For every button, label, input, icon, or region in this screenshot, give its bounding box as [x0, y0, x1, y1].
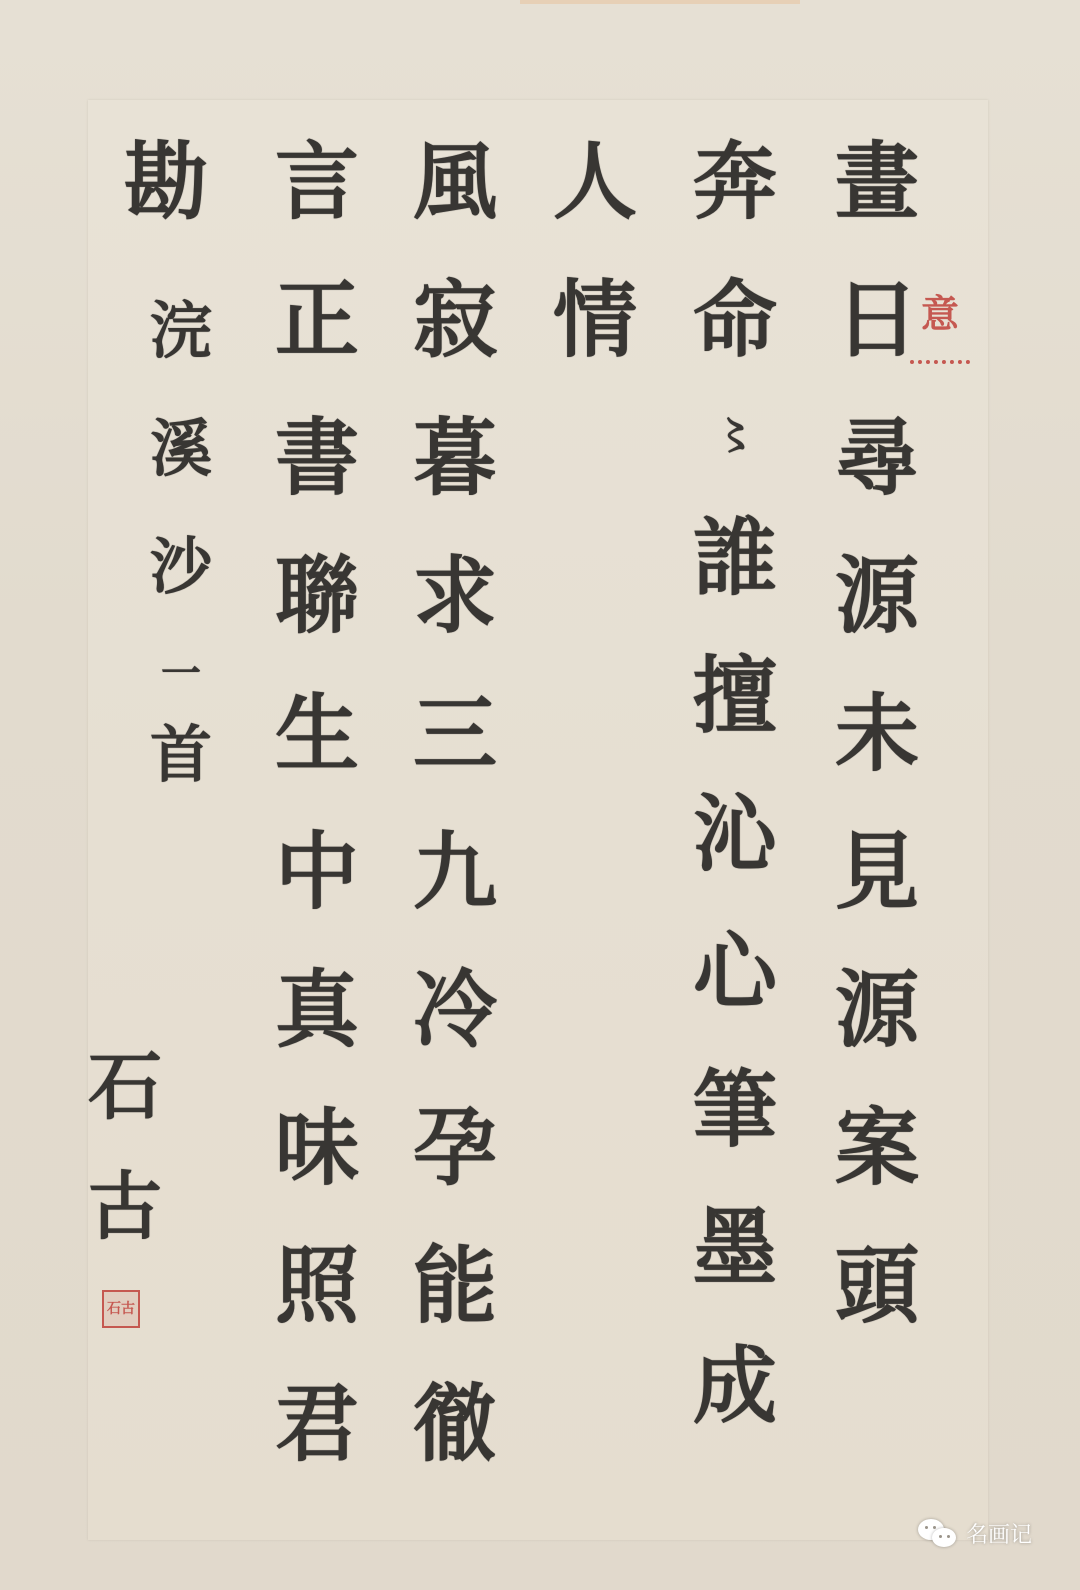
character: 君: [275, 1382, 359, 1520]
calligraphy-column-5: 言 正 書 聯 生 中 真 味 照 君: [275, 140, 359, 1520]
character: 九: [413, 830, 497, 968]
character: 畫: [835, 140, 919, 278]
character: 見: [835, 830, 919, 968]
character: 尋: [835, 416, 919, 554]
character: 誰: [693, 516, 777, 654]
calligraphy-column-4: 風 寂 暮 求 三 九 冷 孕 能 徹: [413, 140, 497, 1520]
character: 擅: [693, 654, 777, 792]
title-character: 首: [150, 724, 212, 842]
character: 能: [413, 1244, 497, 1382]
calligraphy-column-1: 畫 日 尋 源 未 見 源 案 頭: [835, 140, 919, 1382]
wechat-icon: [918, 1519, 958, 1549]
seal-glyph: 古: [121, 1301, 135, 1317]
watermark-text: 名画记: [966, 1518, 1032, 1549]
character: 風: [413, 140, 497, 278]
character: 奔: [693, 140, 777, 278]
repeat-mark: 〻: [715, 416, 755, 516]
character: 墨: [693, 1206, 777, 1344]
character: 人: [553, 140, 637, 278]
title-character: 一: [161, 654, 201, 724]
character: 照: [275, 1244, 359, 1382]
character: 寂: [413, 278, 497, 416]
seal-glyph: 意: [921, 291, 959, 336]
character: 筆: [693, 1068, 777, 1206]
character: 日: [835, 278, 919, 416]
character: 沁: [693, 792, 777, 930]
calligraphy-column-3: 人 情: [553, 140, 637, 416]
character: 求: [413, 554, 497, 692]
name-seal: 石 古: [102, 1290, 140, 1328]
character: 源: [835, 968, 919, 1106]
character: 徹: [413, 1382, 497, 1520]
signature-character: 石: [88, 1050, 162, 1170]
character: 成: [693, 1344, 777, 1482]
character: 命: [693, 278, 777, 416]
character: 心: [693, 930, 777, 1068]
character: 源: [835, 554, 919, 692]
signature-character: 古: [88, 1170, 162, 1290]
character: 書: [275, 416, 359, 554]
character: 冷: [413, 968, 497, 1106]
character: 正: [275, 278, 359, 416]
character: 味: [275, 1106, 359, 1244]
title-character: 沙: [150, 536, 212, 654]
character: 聯: [275, 554, 359, 692]
character: 言: [275, 140, 359, 278]
calligraphy-column-6: 勘 浣 溪 沙 一 首: [120, 140, 212, 842]
character: 頭: [835, 1244, 919, 1382]
mount-top-edge: [520, 0, 800, 4]
character: 三: [413, 692, 497, 830]
character: 中: [275, 830, 359, 968]
character: 生: [275, 692, 359, 830]
character: 勘: [124, 140, 208, 300]
character: 孕: [413, 1106, 497, 1244]
character: 未: [835, 692, 919, 830]
artist-signature: 石 古: [88, 1050, 162, 1290]
character: 真: [275, 968, 359, 1106]
leisure-seal: 意: [910, 288, 970, 364]
character: 暮: [413, 416, 497, 554]
character: 案: [835, 1106, 919, 1244]
character: 情: [553, 278, 637, 416]
calligraphy-column-2: 奔 命 〻 誰 擅 沁 心 筆 墨 成: [693, 140, 777, 1482]
seal-glyph: 石: [107, 1301, 121, 1317]
wechat-watermark: 名画记: [918, 1518, 1032, 1549]
title-character: 溪: [150, 418, 212, 536]
title-character: 浣: [150, 300, 212, 418]
